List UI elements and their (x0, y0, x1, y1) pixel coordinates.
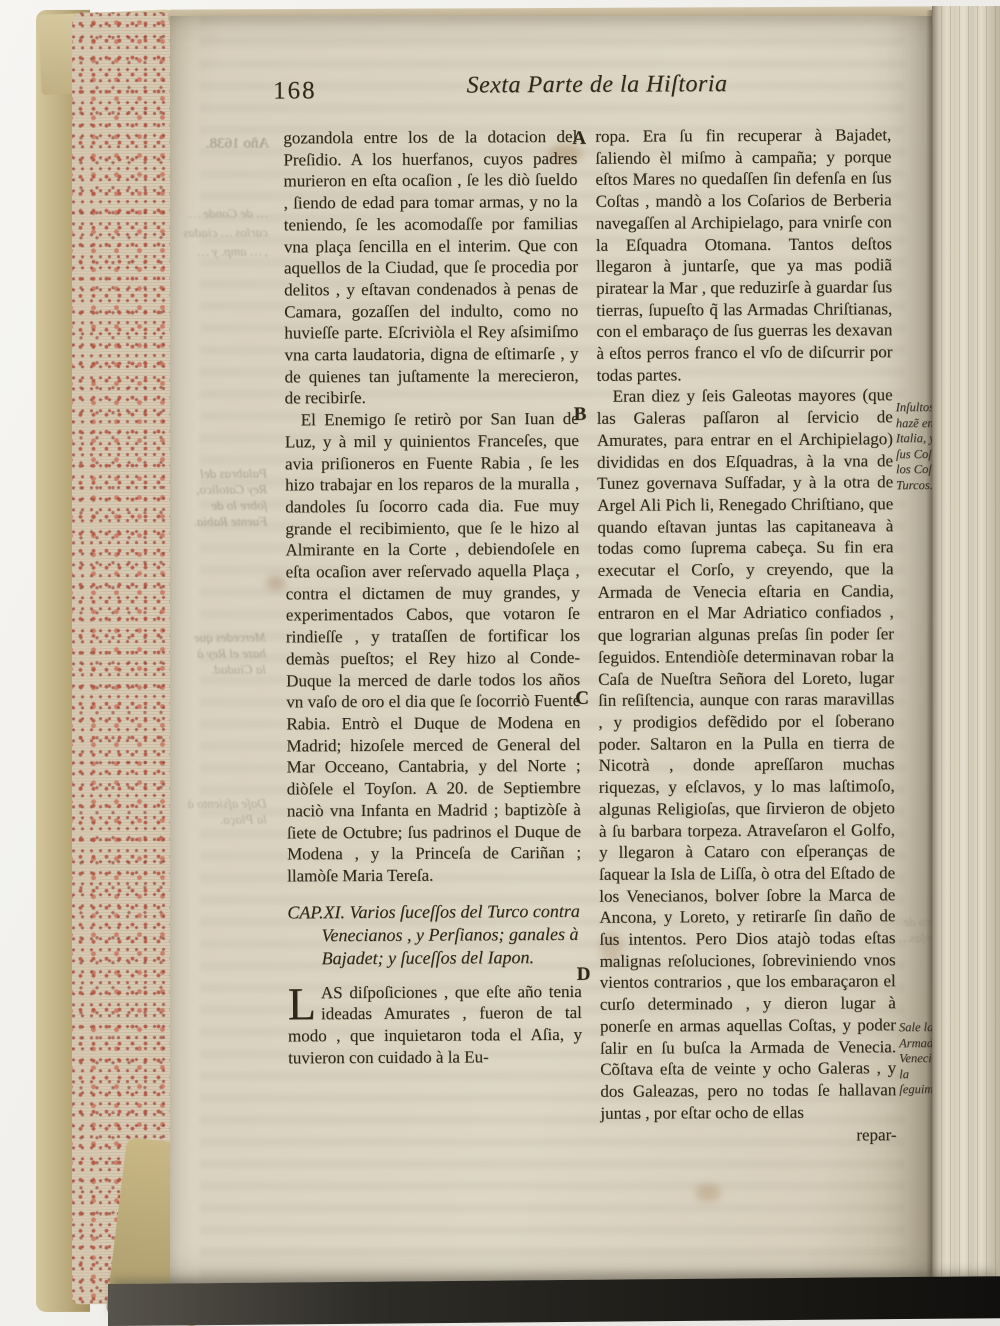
book-page: Año 1638. … de Conde … carlos … ciadas ,… (170, 16, 935, 1292)
text-column-right: ropa. Era ſu fin recuperar à Bajadet, ſa… (595, 124, 896, 1148)
photo-backdrop: Año 1638. … de Conde … carlos … ciadas ,… (0, 0, 1000, 1326)
section-letter-c: C (575, 688, 589, 710)
body-paragraph: El Enemigo ſe retirò por San Iuan de Luz… (285, 408, 581, 887)
section-letter-a: A (572, 128, 586, 150)
paragraph-text: AS diſpoſiciones , que eſte año tenia id… (288, 981, 582, 1067)
bleedthrough-margin-note: Palabras del Rey Catolico, ſobre lo de F… (181, 465, 267, 529)
body-paragraph: LAS diſpoſiciones , que eſte año tenia i… (288, 980, 582, 1068)
body-paragraph: ropa. Era ſu fin recuperar à Bajadet, ſa… (595, 124, 892, 386)
body-paragraph: gozandola entre los de la dotacion del P… (283, 126, 578, 410)
bleedthrough-year-note: Año 1638. (191, 135, 269, 151)
bleedthrough-fragment: … de Conde … carlos … ciadas , … amp. y … (182, 203, 268, 260)
running-title: Sexta Parte de la Hiſtoria (387, 71, 807, 100)
section-letter-d: D (577, 964, 591, 986)
section-letter-b: B (574, 404, 587, 426)
catchword: repar- (600, 1125, 896, 1148)
page-number: 168 (273, 77, 317, 105)
bleedthrough-margin-note: Mercedes que haze el Rey à la Ciudad. (184, 630, 266, 678)
printed-page-content: Año 1638. … de Conde … carlos … ciadas ,… (167, 14, 939, 1294)
text-column-left: gozandola entre los de la dotacion del P… (283, 126, 582, 1069)
facing-pages-edge (932, 6, 1000, 1306)
drop-cap-letter: L (288, 982, 321, 1024)
chapter-heading: CAP.XI. Varios ſuceſſos del Turco contra… (287, 899, 581, 970)
bleedthrough-margin-note: Daſe aſsiento à la Plaça. (181, 795, 267, 827)
body-paragraph: Eran diez y ſeis Galeotas mayores (que l… (597, 385, 897, 1124)
book-bottom-shadow (108, 1276, 1000, 1326)
